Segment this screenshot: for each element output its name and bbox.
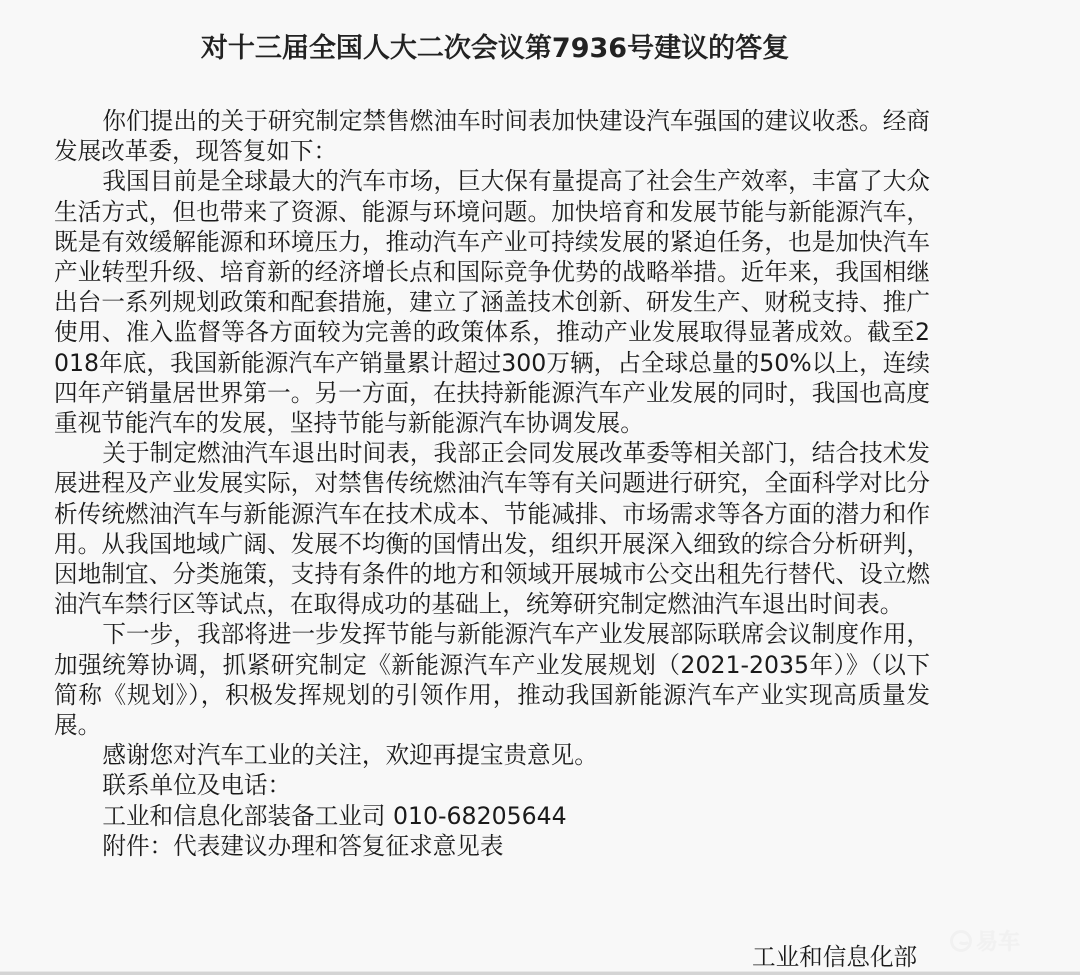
document-title: 对十三届全国人大二次会议第7936号建议的答复 bbox=[0, 26, 1080, 65]
signature: 工业和信息化部 bbox=[752, 942, 917, 972]
watermark-text: 易车 bbox=[976, 925, 1020, 956]
paragraph-timetable: 关于制定燃油汽车退出时间表，我部正会同发展改革委等相关部门，结合技术发展进程及产… bbox=[54, 438, 930, 619]
attachment-line: 附件：代表建议办理和答复征求意见表 bbox=[54, 831, 930, 861]
contact-label: 联系单位及电话： bbox=[54, 770, 930, 800]
paragraph-next-steps: 下一步，我部将进一步发挥节能与新能源汽车产业发展部际联席会议制度作用，加强统筹协… bbox=[54, 619, 930, 740]
yiche-logo-icon bbox=[950, 930, 972, 952]
document-body: 你们提出的关于研究制定禁售燃油车时间表加快建设汽车强国的建议收悉。经商发展改革委… bbox=[54, 106, 930, 861]
paragraph-market-background: 我国目前是全球最大的汽车市场，巨大保有量提高了社会生产效率，丰富了大众生活方式，… bbox=[54, 166, 930, 438]
contact-org: 工业和信息化部装备工业司 bbox=[102, 802, 385, 830]
contact-phone: 010-68205644 bbox=[393, 802, 567, 830]
bottom-divider bbox=[0, 971, 1080, 975]
paragraph-intro: 你们提出的关于研究制定禁售燃油车时间表加快建设汽车强国的建议收悉。经商发展改革委… bbox=[54, 106, 930, 166]
watermark: 易车 bbox=[950, 925, 1020, 956]
contact-line: 工业和信息化部装备工业司 010-68205644 bbox=[54, 801, 930, 831]
paragraph-thanks: 感谢您对汽车工业的关注，欢迎再提宝贵意见。 bbox=[54, 740, 930, 770]
